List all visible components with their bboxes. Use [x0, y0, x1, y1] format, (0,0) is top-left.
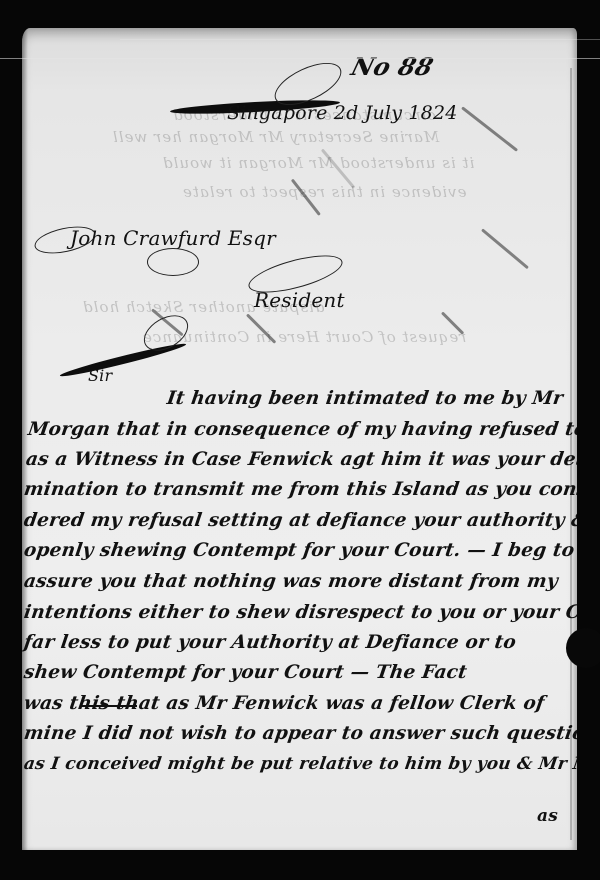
scan-artifact-line: [0, 58, 600, 59]
bleed-through-text: evidence in this respect to relate: [182, 183, 466, 201]
body-line: Morgan that in consequence of my having …: [27, 419, 577, 440]
catchword: as: [537, 806, 558, 826]
body-line: shew Contempt for your Court — The Fact: [23, 662, 469, 683]
ink-stroke: [461, 106, 518, 151]
letter-number: No 88: [348, 52, 436, 81]
bleed-through-text: Marine Secretary Mr Morgan her well: [112, 128, 439, 146]
body-line: dered my refusal setting at defiance you…: [23, 510, 577, 531]
letter-page: circumstances it is understood Marine Se…: [22, 28, 577, 850]
body-line: mine I did not wish to appear to answer …: [23, 723, 577, 744]
bleed-through-text: request of Court Here in Continuance: [142, 328, 466, 346]
salutation: Sir: [88, 366, 112, 385]
body-line: openly shewing Contempt for your Court. …: [23, 540, 576, 561]
strikethrough: [82, 705, 137, 707]
body-line: as I conceived might be put relative to …: [23, 754, 577, 774]
place-and-date: Singapore 2d July 1824: [227, 102, 458, 124]
body-line: mination to transmit me from this Island…: [23, 479, 577, 500]
scan-artifact-line: [120, 39, 600, 40]
addressee-name: John Crawfurd Esqr: [70, 226, 276, 250]
body-line: intentions either to shew disrespect to …: [23, 602, 577, 623]
page-clip: [566, 628, 600, 668]
body-line: far less to put your Authority at Defian…: [23, 632, 518, 653]
scanned-document: circumstances it is understood Marine Se…: [0, 0, 600, 880]
body-line: was this that as Mr Fenwick was a fellow…: [23, 693, 546, 714]
addressee-title: Resident: [254, 288, 345, 312]
addressee-flourish: [147, 248, 199, 276]
ink-stroke: [481, 228, 529, 269]
body-line: assure you that nothing was more distant…: [23, 571, 560, 592]
body-line: as a Witness in Case Fenwick agt him it …: [25, 449, 577, 470]
body-line: It having been intimated to me by Mr: [166, 388, 565, 409]
bleed-through-text: it is understood Mr Morgan it would: [162, 154, 474, 172]
